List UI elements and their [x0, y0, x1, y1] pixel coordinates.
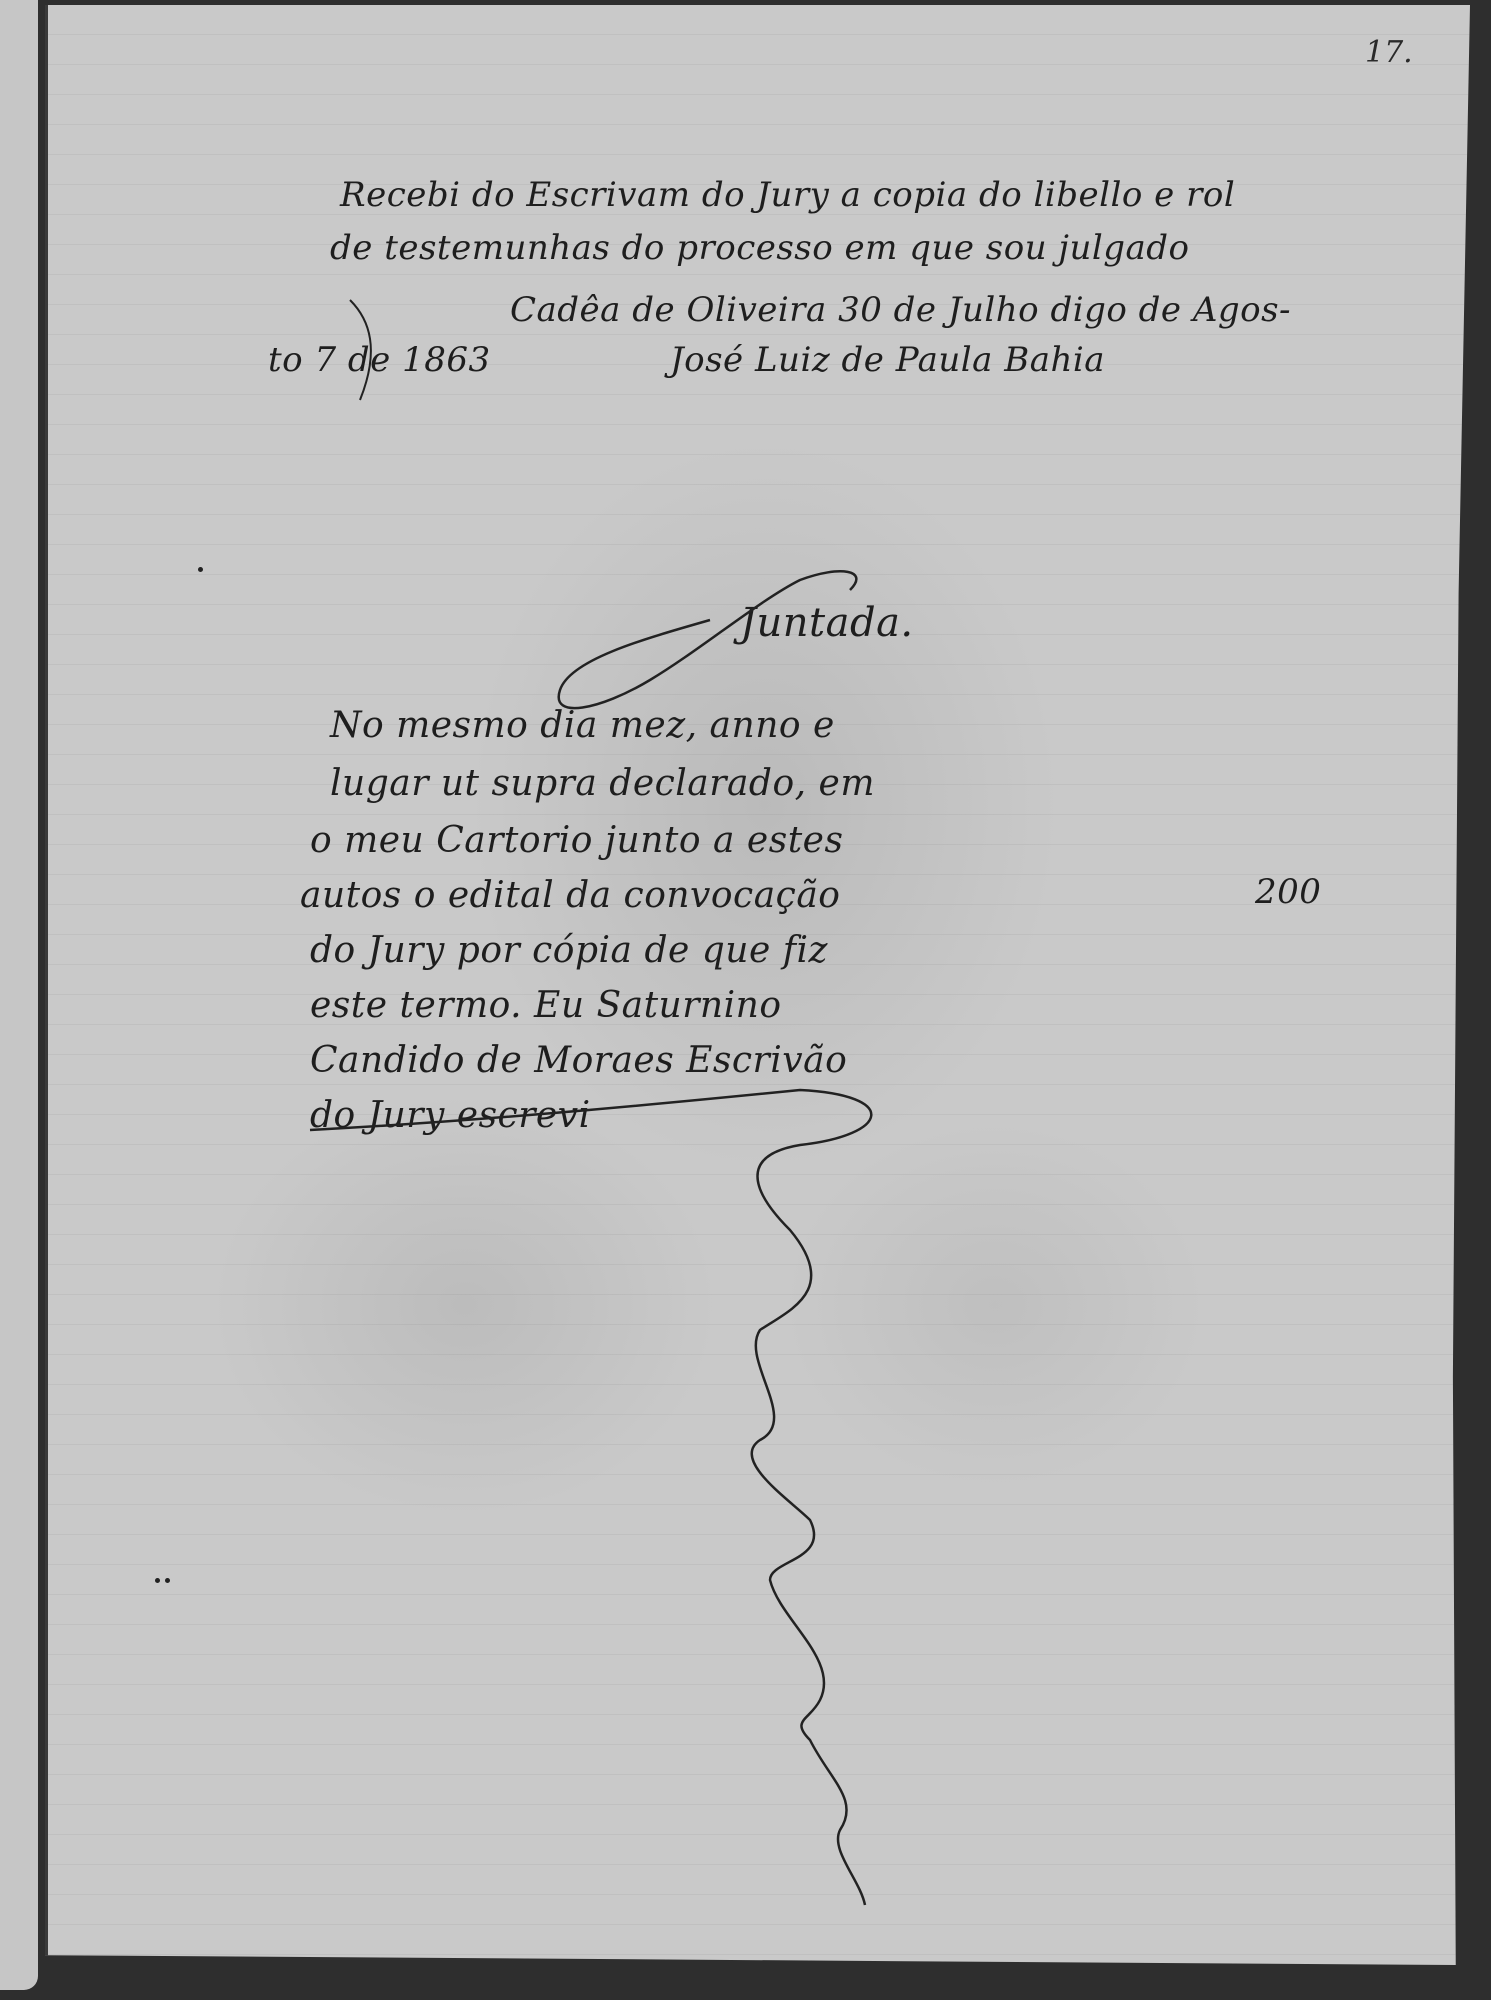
body-line-6: este termo. Eu Saturnino [310, 985, 782, 1026]
previous-page-edge [0, 0, 38, 1990]
receipt-signature: José Luiz de Paula Bahia [670, 340, 1105, 380]
margin-note: 200 [1255, 872, 1321, 912]
receipt-line-2: de testemunhas do processo em que sou ju… [330, 228, 1190, 268]
section-heading: Juntada. [740, 600, 914, 646]
body-line-3: o meu Cartorio junto a estes [310, 820, 843, 861]
ink-dot [198, 567, 203, 572]
body-line-7: Candido de Moraes Escrivão [310, 1040, 847, 1081]
receipt-line-3: Cadêa de Oliveira 30 de Julho digo de Ag… [510, 290, 1291, 330]
body-line-5: do Jury por cópia de que fiz [310, 930, 828, 971]
body-line-8: do Jury escrevi [310, 1095, 591, 1136]
body-line-2: lugar ut supra declarado, em [330, 763, 875, 804]
folio-number: 17. [1365, 35, 1413, 70]
ink-dot [165, 1578, 170, 1583]
ink-dot [155, 1578, 160, 1583]
page-binding-edge [45, 5, 48, 1965]
receipt-line-4: to 7 de 1863 [268, 340, 491, 380]
body-line-4: autos o edital da convocação [300, 875, 840, 916]
body-line-1: No mesmo dia mez, anno e [330, 705, 835, 746]
receipt-line-1: Recebi do Escrivam do Jury a copia do li… [340, 175, 1235, 215]
